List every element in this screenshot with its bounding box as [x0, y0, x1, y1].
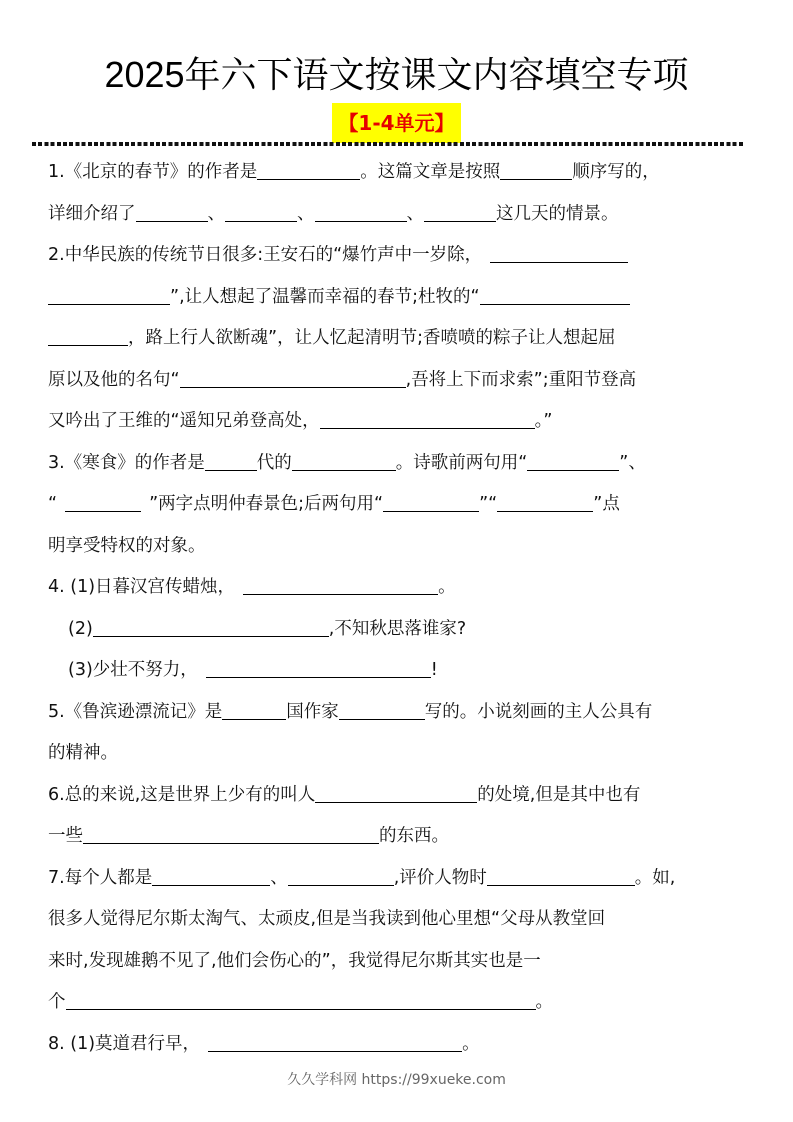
blank-field[interactable]	[288, 865, 394, 886]
text: 。	[438, 577, 456, 597]
blank-field[interactable]	[527, 450, 619, 471]
text: 详细介绍了	[48, 204, 136, 224]
text: 来时,发现雄鹅不见了,他们会伤心的”，我觉得尼尔斯其实也是一	[48, 951, 541, 971]
text: !	[431, 660, 438, 680]
text: (3)少壮不努力，	[68, 660, 198, 680]
text: ”,让人想起了温馨而幸福的春节;杜牧的“	[170, 287, 480, 307]
text: 。”	[535, 411, 553, 431]
blank-field[interactable]	[500, 159, 572, 180]
blank-field[interactable]	[208, 1031, 462, 1052]
blank-field[interactable]	[65, 491, 141, 512]
q2-line2: ”,让人想起了温馨而幸福的春节;杜牧的“	[48, 277, 748, 319]
text: 顺序写的，	[572, 162, 660, 182]
text: 。如,	[635, 868, 676, 888]
q3-line3: 明享受特权的对象。	[48, 526, 748, 568]
text: (2)	[68, 619, 93, 639]
blank-field[interactable]	[205, 450, 257, 471]
text: 国作家	[286, 702, 339, 722]
text: 又吟出了王维的“遥知兄弟登高处，	[48, 411, 320, 431]
blank-field[interactable]	[222, 699, 286, 720]
text: 5.《鲁滨逊漂流记》是	[48, 702, 222, 722]
text: 、	[270, 868, 288, 888]
blank-field[interactable]	[487, 865, 635, 886]
text: 2.中华民族的传统节日很多:王安石的“爆竹声中一岁除，	[48, 245, 482, 265]
text: 这几天的情景。	[496, 204, 619, 224]
q6-line2: 一些的东西。	[48, 816, 748, 858]
text: 4. (1)日暮汉宫传蜡烛，	[48, 577, 235, 597]
blank-field[interactable]	[292, 450, 396, 471]
blank-field[interactable]	[48, 325, 128, 346]
q2-line1: 2.中华民族的传统节日很多:王安石的“爆竹声中一岁除，	[48, 235, 748, 277]
blank-field[interactable]	[424, 201, 496, 222]
q4-line3: (3)少壮不努力，!	[48, 650, 748, 692]
watermark: 久久学科网 https://99xueke.com	[0, 1069, 793, 1089]
blank-field[interactable]	[243, 574, 438, 595]
text: 3.《寒食》的作者是	[48, 453, 205, 473]
q7-line2: 很多人觉得尼尔斯太淘气、太顽皮,但是当我读到他心里想“父母从教堂回	[48, 899, 748, 941]
text: ”“	[479, 494, 497, 514]
q3-line1: 3.《寒食》的作者是代的。诗歌前两句用“”、	[48, 443, 748, 485]
badge-container: 【1-4单元】	[0, 103, 793, 143]
blank-field[interactable]	[339, 699, 425, 720]
blank-field[interactable]	[83, 823, 379, 844]
text: ”点	[593, 494, 620, 514]
q6-line1: 6.总的来说,这是世界上少有的叫人的处境,但是其中也有	[48, 775, 748, 817]
q5-line2: 的精神。	[48, 733, 748, 775]
blank-field[interactable]	[180, 367, 406, 388]
dotted-divider	[32, 142, 745, 146]
text: 写的。小说刻画的主人公具有	[425, 702, 653, 722]
text: 原以及他的名句“	[48, 370, 180, 390]
q2-line3: ，路上行人欲断魂”，让人忆起清明节;香喷喷的粽子让人想起屈	[48, 318, 748, 360]
text: 。	[462, 1034, 480, 1054]
text: 8. (1)莫道君行早，	[48, 1034, 200, 1054]
q2-line4: 原以及他的名句“,吾将上下而求索”;重阳节登高	[48, 360, 748, 402]
text: 。这篇文章是按照	[360, 162, 500, 182]
q3-line2: “”两字点明仲春景色;后两句用“”“”点	[48, 484, 748, 526]
text: 7.每个人都是	[48, 868, 152, 888]
text: 1.《北京的春节》的作者是	[48, 162, 257, 182]
text: 一些	[48, 826, 83, 846]
blank-field[interactable]	[48, 284, 170, 305]
blank-field[interactable]	[383, 491, 479, 512]
blank-field[interactable]	[206, 657, 431, 678]
text: 的东西。	[379, 826, 449, 846]
blank-field[interactable]	[225, 201, 297, 222]
blank-field[interactable]	[152, 865, 270, 886]
blank-field[interactable]	[497, 491, 593, 512]
q5-line1: 5.《鲁滨逊漂流记》是国作家写的。小说刻画的主人公具有	[48, 692, 748, 734]
unit-badge: 【1-4单元】	[332, 103, 460, 143]
q7-line3: 来时,发现雄鹅不见了,他们会伤心的”，我觉得尼尔斯其实也是一	[48, 941, 748, 983]
question-list: 1.《北京的春节》的作者是。这篇文章是按照顺序写的， 详细介绍了、、、这几天的情…	[48, 152, 748, 1065]
text: ,评价人物时	[394, 868, 487, 888]
text: 很多人觉得尼尔斯太淘气、太顽皮,但是当我读到他心里想“父母从教堂回	[48, 909, 605, 929]
q2-line5: 又吟出了王维的“遥知兄弟登高处，。”	[48, 401, 748, 443]
blank-field[interactable]	[315, 782, 477, 803]
blank-field[interactable]	[257, 159, 360, 180]
text: 、	[407, 204, 425, 224]
text: 。诗歌前两句用“	[396, 453, 528, 473]
text: 个	[48, 992, 66, 1012]
text: ,不知秋思落谁家?	[329, 619, 466, 639]
q1-line2: 详细介绍了、、、这几天的情景。	[48, 194, 748, 236]
text: 的精神。	[48, 743, 118, 763]
blank-field[interactable]	[315, 201, 407, 222]
text: ”、	[619, 453, 646, 473]
text: 、	[297, 204, 315, 224]
text: 代的	[257, 453, 292, 473]
text: “	[48, 494, 57, 514]
text: ，路上行人欲断魂”，让人忆起清明节;香喷喷的粽子让人想起屈	[128, 328, 615, 348]
blank-field[interactable]	[66, 989, 536, 1010]
q1-line1: 1.《北京的春节》的作者是。这篇文章是按照顺序写的，	[48, 152, 748, 194]
text: 。	[536, 992, 554, 1012]
q7-line1: 7.每个人都是、,评价人物时。如,	[48, 858, 748, 900]
text: 6.总的来说,这是世界上少有的叫人	[48, 785, 315, 805]
blank-field[interactable]	[490, 242, 628, 263]
blank-field[interactable]	[93, 616, 329, 637]
text: ,吾将上下而求索”;重阳节登高	[406, 370, 637, 390]
text: 、	[208, 204, 226, 224]
text: 的处境,但是其中也有	[477, 785, 640, 805]
q4-line2: (2),不知秋思落谁家?	[48, 609, 748, 651]
q8-line1: 8. (1)莫道君行早，。	[48, 1024, 748, 1066]
blank-field[interactable]	[480, 284, 630, 305]
q4-line1: 4. (1)日暮汉宫传蜡烛，。	[48, 567, 748, 609]
blank-field[interactable]	[320, 408, 535, 429]
text: 明享受特权的对象。	[48, 536, 206, 556]
text: ”两字点明仲春景色;后两句用“	[149, 494, 383, 514]
blank-field[interactable]	[136, 201, 208, 222]
q7-line4: 个。	[48, 982, 748, 1024]
page-title: 2025年六下语文按课文内容填空专项	[0, 52, 793, 98]
